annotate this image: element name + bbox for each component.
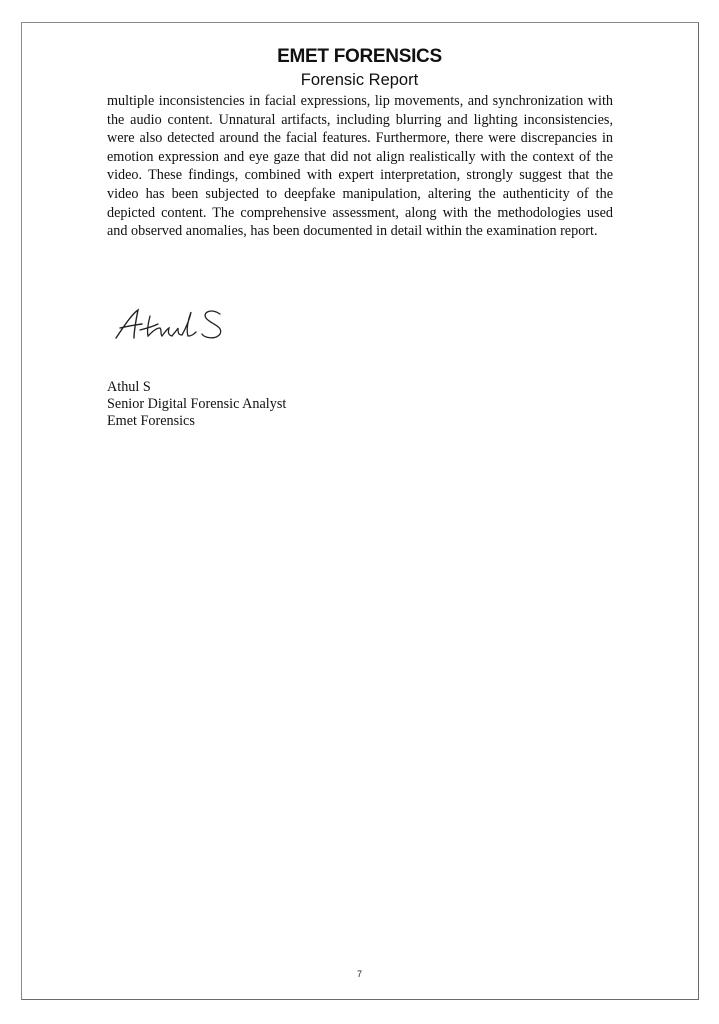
report-header-title: EMET FORENSICS xyxy=(0,46,719,68)
signature-block: Athul S Senior Digital Forensic Analyst … xyxy=(107,379,286,430)
signatory-name: Athul S xyxy=(107,379,286,396)
signatory-title: Senior Digital Forensic Analyst xyxy=(107,396,286,413)
report-header-subtitle: Forensic Report xyxy=(0,71,719,90)
page-number: 7 xyxy=(0,969,719,979)
handwritten-signature xyxy=(112,302,232,352)
signatory-organization: Emet Forensics xyxy=(107,413,286,430)
findings-paragraph: multiple inconsistencies in facial expre… xyxy=(107,92,613,241)
